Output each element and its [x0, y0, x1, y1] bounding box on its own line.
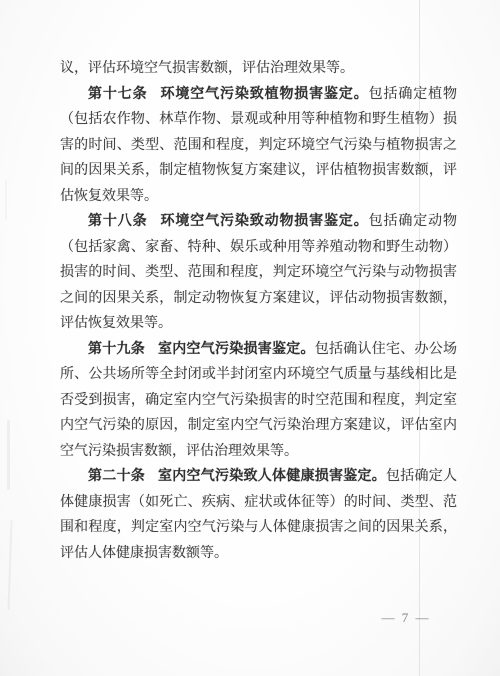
scan-smudge-artifact	[5, 180, 7, 220]
article-20-number: 第二十条	[88, 469, 145, 484]
page-number: — 7 —	[368, 610, 444, 626]
scan-smudge-artifact	[7, 420, 10, 490]
continuation-paragraph: 议，评估环境空气损害数额，评估治理效果等。	[60, 56, 457, 82]
scanned-document-page: 议，评估环境空气损害数额，评估治理效果等。 第十七条环境空气污染致植物损害鉴定。…	[0, 0, 500, 676]
article-17-body: 包括确定植物（包括农作物、林草作物、景观或种用等种植物和野生植物）损害的时间、类…	[60, 87, 457, 204]
article-17-title: 环境空气污染致植物损害鉴定。	[160, 87, 368, 102]
article-20-title: 室内空气污染致人体健康损害鉴定。	[158, 469, 386, 484]
article-19-body: 包括确认住宅、办公场所、公共场所等全封闭或半封闭室内环境空气质量与基线相比是否受…	[60, 342, 457, 459]
article-18-body: 包括确定动物（包括家禽、家畜、特种、娱乐或种用等养殖动物和野生动物）损害的时间、…	[60, 214, 457, 331]
article-19-title: 室内空气污染损害鉴定。	[158, 342, 315, 357]
article-18-number: 第十八条	[88, 214, 147, 229]
article-18-paragraph: 第十八条环境空气污染致动物损害鉴定。包括确定动物（包括家禽、家畜、特种、娱乐或种…	[60, 209, 457, 337]
document-text-block: 议，评估环境空气损害数额，评估治理效果等。 第十七条环境空气污染致植物损害鉴定。…	[60, 56, 457, 566]
article-19-number: 第十九条	[88, 342, 145, 357]
article-17-paragraph: 第十七条环境空气污染致植物损害鉴定。包括确定植物（包括农作物、林草作物、景观或种…	[60, 82, 457, 210]
article-19-paragraph: 第十九条室内空气污染损害鉴定。包括确认住宅、办公场所、公共场所等全封闭或半封闭室…	[60, 337, 457, 465]
article-17-number: 第十七条	[88, 87, 147, 102]
article-20-paragraph: 第二十条室内空气污染致人体健康损害鉴定。包括确定人体健康损害（如死亡、疾病、症状…	[60, 464, 457, 566]
scan-smudge-artifact	[7, 520, 12, 610]
article-18-title: 环境空气污染致动物损害鉴定。	[160, 214, 368, 229]
